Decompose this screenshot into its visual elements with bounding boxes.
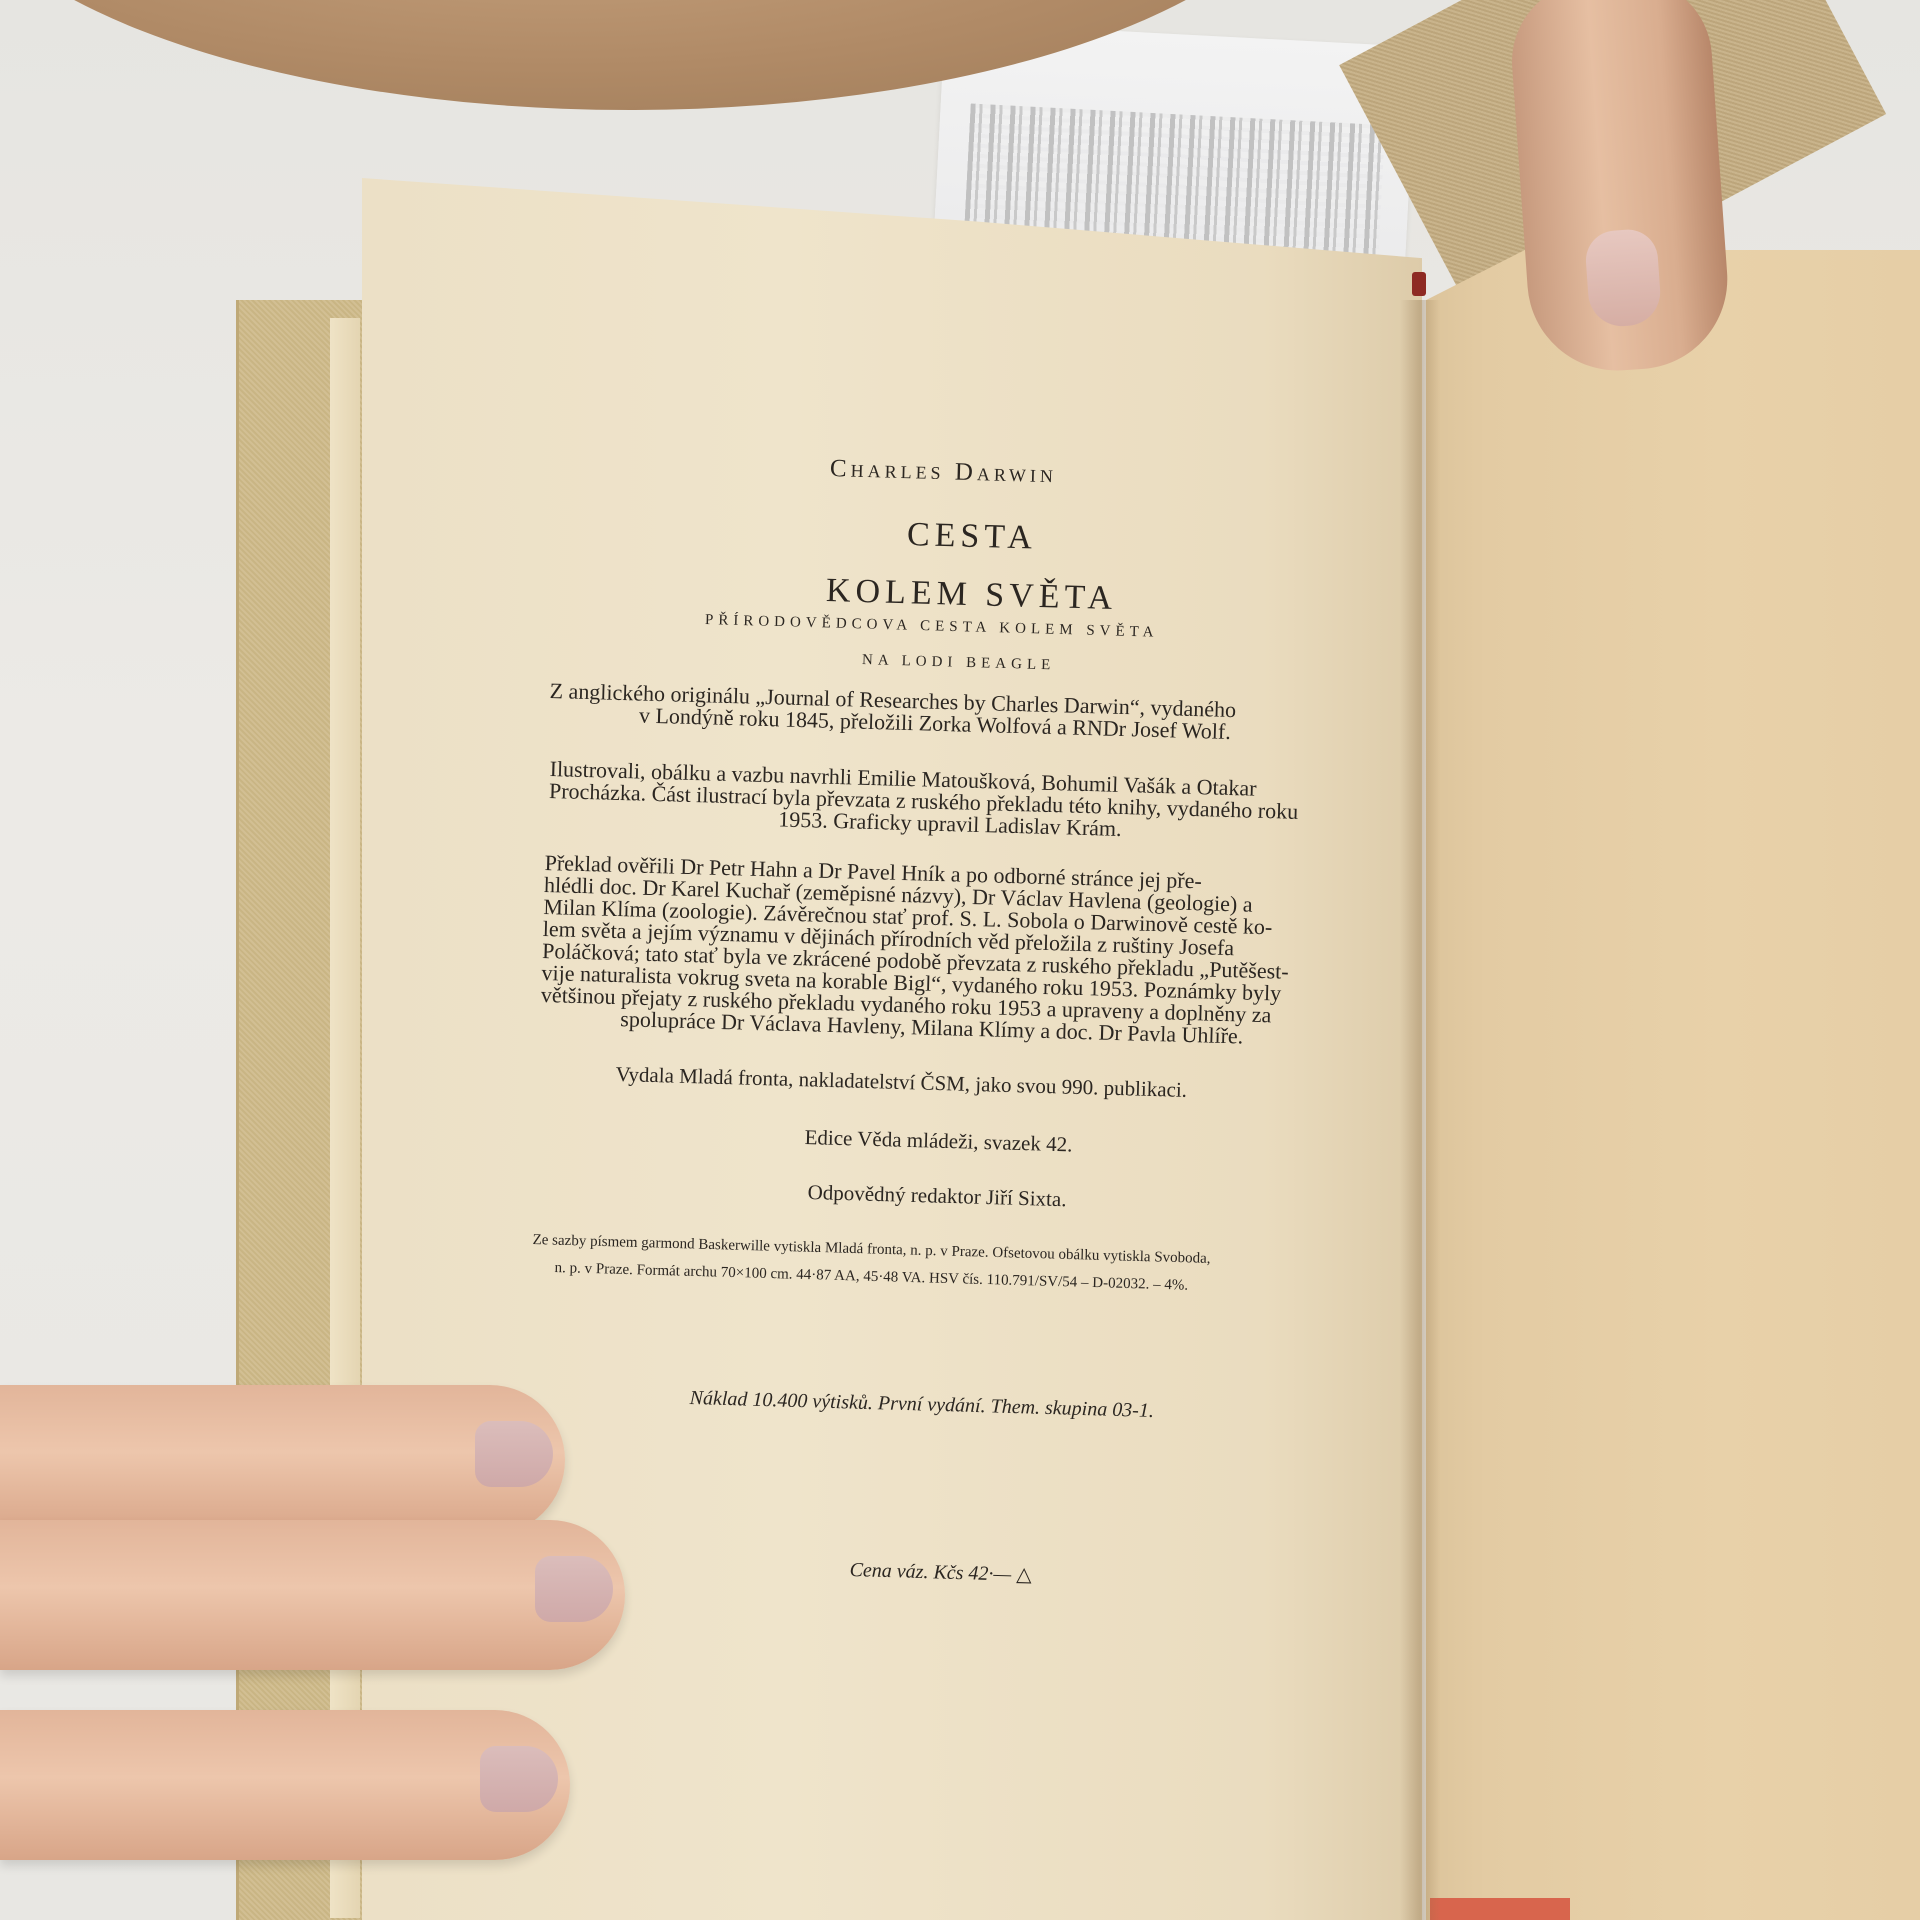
print-run: Náklad 10.400 výtisků. První vydání. The… xyxy=(689,1387,1154,1423)
left-finger-1 xyxy=(0,1385,565,1535)
price: Cena váz. Kčs 42·— △ xyxy=(849,1557,1032,1587)
fingernail xyxy=(480,1746,558,1812)
left-finger-2 xyxy=(0,1520,625,1670)
thumbnail-nail xyxy=(1584,228,1663,329)
right-thumb xyxy=(1507,0,1734,377)
left-finger-3 xyxy=(0,1710,570,1860)
editor-line: Odpovědný redaktor Jiří Sixta. xyxy=(807,1180,1067,1212)
title-line-1: CESTA xyxy=(906,516,1037,558)
edition-line: Edice Věda mládeži, svazek 42. xyxy=(804,1125,1072,1157)
title-line-2: KOLEM SVĚTA xyxy=(825,572,1117,618)
translation-paragraph: Z anglického originálu „Journal of Resea… xyxy=(549,680,1360,747)
illustration-paragraph: Ilustrovali, obálku a vazbu navrhli Emil… xyxy=(548,758,1360,847)
subtitle-line-2: NA LODI BEAGLE xyxy=(862,652,1056,674)
fingernail xyxy=(535,1556,613,1622)
verification-paragraph: Překlad ověřili Dr Petr Hahn a Dr Pavel … xyxy=(540,852,1365,1051)
publisher-line: Vydala Mladá fronta, nakladatelství ČSM,… xyxy=(615,1062,1187,1103)
photo-scene: Charles Darwin CESTA KOLEM SVĚTA PŘÍRODO… xyxy=(0,0,1920,1920)
fingernail xyxy=(475,1421,553,1487)
author: Charles Darwin xyxy=(830,455,1058,489)
